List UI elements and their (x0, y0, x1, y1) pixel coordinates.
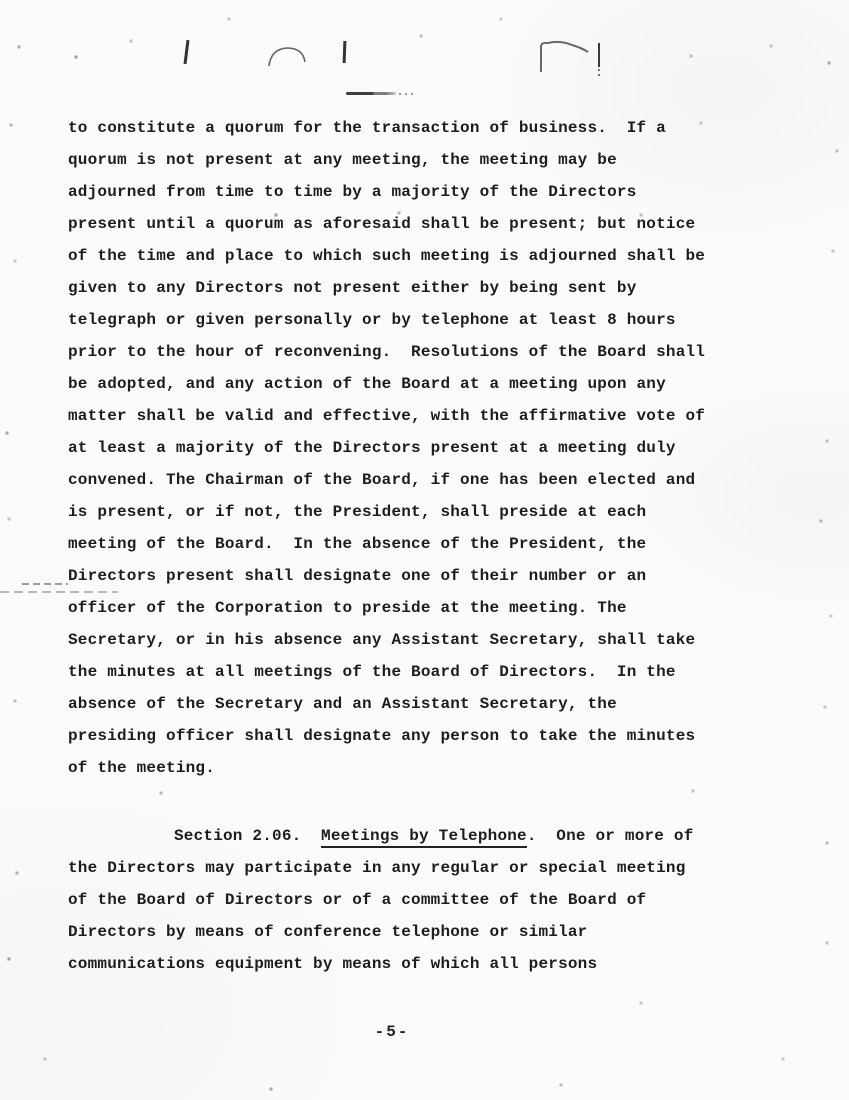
text-line: present until a quorum as aforesaid shal… (68, 208, 788, 240)
text-line: communications equipment by means of whi… (68, 948, 788, 980)
text-line: Directors by means of conference telepho… (68, 916, 788, 948)
text-line: of the Board of Directors or of a commit… (68, 884, 788, 916)
left-margin-dash-1 (22, 583, 68, 585)
scan-noise-specks (0, 0, 2, 2)
text-line: matter shall be valid and effective, wit… (68, 400, 788, 432)
text-line: the Directors may participate in any reg… (68, 852, 788, 884)
section-heading-line: Section 2.06. Meetings by Telephone. One… (68, 820, 788, 852)
text-line: convened. The Chairman of the Board, if … (68, 464, 788, 496)
scan-tick-mark-center (343, 41, 347, 63)
section-title-underlined: Meetings by Telephone (321, 827, 527, 848)
paragraph-quorum-rules: to constitute a quorum for the transacti… (68, 112, 788, 784)
section-heading-rest: . One or more of (527, 827, 694, 845)
section-number-label: Section 2.06. (174, 827, 321, 845)
scan-bracket-mark (538, 39, 592, 75)
page-number: -5- (342, 1022, 442, 1042)
text-line: of the time and place to which such meet… (68, 240, 788, 272)
text-line: of the meeting. (68, 752, 788, 784)
text-line: presiding officer shall designate any pe… (68, 720, 788, 752)
text-line: quorum is not present at any meeting, th… (68, 144, 788, 176)
text-line: be adopted, and any action of the Board … (68, 368, 788, 400)
text-line: given to any Directors not present eithe… (68, 272, 788, 304)
text-line: at least a majority of the Directors pre… (68, 432, 788, 464)
scan-arc-mark (266, 45, 308, 71)
text-line: Directors present shall designate one of… (68, 560, 788, 592)
scanned-document-page: to constitute a quorum for the transacti… (0, 0, 849, 1100)
text-line: telegraph or given personally or by tele… (68, 304, 788, 336)
scan-tick-mark-left (184, 40, 190, 64)
paragraph-section-2-06: Section 2.06. Meetings by Telephone. One… (68, 820, 788, 980)
text-line: Secretary, or in his absence any Assista… (68, 624, 788, 656)
text-line: adjourned from time to time by a majorit… (68, 176, 788, 208)
text-line: the minutes at all meetings of the Board… (68, 656, 788, 688)
text-line: to constitute a quorum for the transacti… (68, 112, 788, 144)
section-body-lines: the Directors may participate in any reg… (68, 852, 788, 980)
text-line: officer of the Corporation to preside at… (68, 592, 788, 624)
text-line: absence of the Secretary and an Assistan… (68, 688, 788, 720)
text-line: meeting of the Board. In the absence of … (68, 528, 788, 560)
document-body: to constitute a quorum for the transacti… (68, 112, 788, 980)
text-line: is present, or if not, the President, sh… (68, 496, 788, 528)
text-line: prior to the hour of reconvening. Resolu… (68, 336, 788, 368)
scan-tick-mark-right (598, 43, 600, 67)
scan-dash-mark (346, 92, 396, 95)
